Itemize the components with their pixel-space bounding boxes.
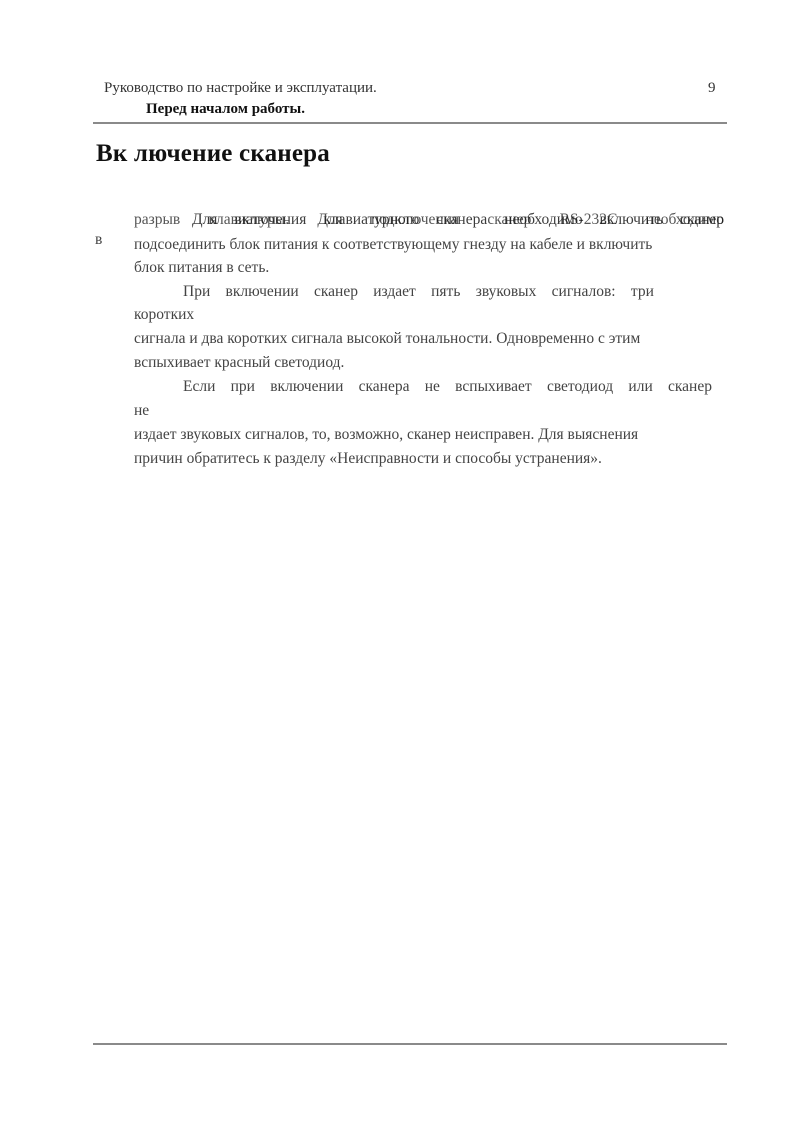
page-number: 9 [708, 80, 716, 97]
paragraph-2-line-2: коротких [134, 306, 724, 324]
paragraph-3-line-1: Еслипривключениисканераневспыхиваетсвето… [134, 378, 712, 396]
word: светодиод [547, 378, 613, 396]
paragraph-2-line-4: вспыхивает красный светодиод. [134, 354, 724, 372]
margin-letter: в [95, 231, 102, 249]
word: три [631, 283, 654, 301]
word: необходимо [504, 211, 582, 229]
word: звуковых [476, 283, 537, 301]
paragraph-3-line-2: не [134, 402, 724, 420]
paragraph-1-line-3: блок питания в сеть. [134, 259, 724, 277]
word: сигналов: [552, 283, 616, 301]
word: При [183, 283, 210, 301]
word: сканера [436, 211, 487, 229]
word: включить [600, 211, 664, 229]
paragraph-2-line-3: сигнала и два коротких сигнала высокой т… [134, 330, 724, 348]
word: издает [373, 283, 416, 301]
paragraph-1-line-1-overlay: Длявключенияклавиатурногосканеранеобходи… [134, 211, 724, 229]
word: Для [192, 211, 217, 229]
word: включении [270, 378, 343, 396]
word: или [628, 378, 652, 396]
word: пять [431, 283, 460, 301]
word: при [231, 378, 255, 396]
paragraph-2-line-1: Привключениисканериздаетпятьзвуковыхсигн… [134, 283, 654, 301]
word: сканер [680, 211, 724, 229]
word: не [425, 378, 440, 396]
word: вспыхивает [455, 378, 532, 396]
section-heading: Вк лючение сканера [96, 140, 330, 168]
word: включения [234, 211, 306, 229]
paragraph-3-line-4: причин обратитесь к разделу «Неисправнос… [134, 450, 724, 468]
footer-rule [93, 1043, 727, 1045]
paragraph-1-line-2: подсоединить блок питания к соответствую… [134, 236, 724, 254]
word: сканера [359, 378, 410, 396]
word: Если [183, 378, 215, 396]
word: клавиатурного [323, 211, 419, 229]
word: включении [226, 283, 299, 301]
word: сканер [314, 283, 358, 301]
word: сканер [668, 378, 712, 396]
running-header-title: Руководство по настройке и эксплуатации. [104, 80, 377, 97]
header-rule [93, 122, 727, 124]
paragraph-3-line-3: издает звуковых сигналов, то, возможно, … [134, 426, 724, 444]
running-header-section: Перед началом работы. [146, 101, 305, 118]
